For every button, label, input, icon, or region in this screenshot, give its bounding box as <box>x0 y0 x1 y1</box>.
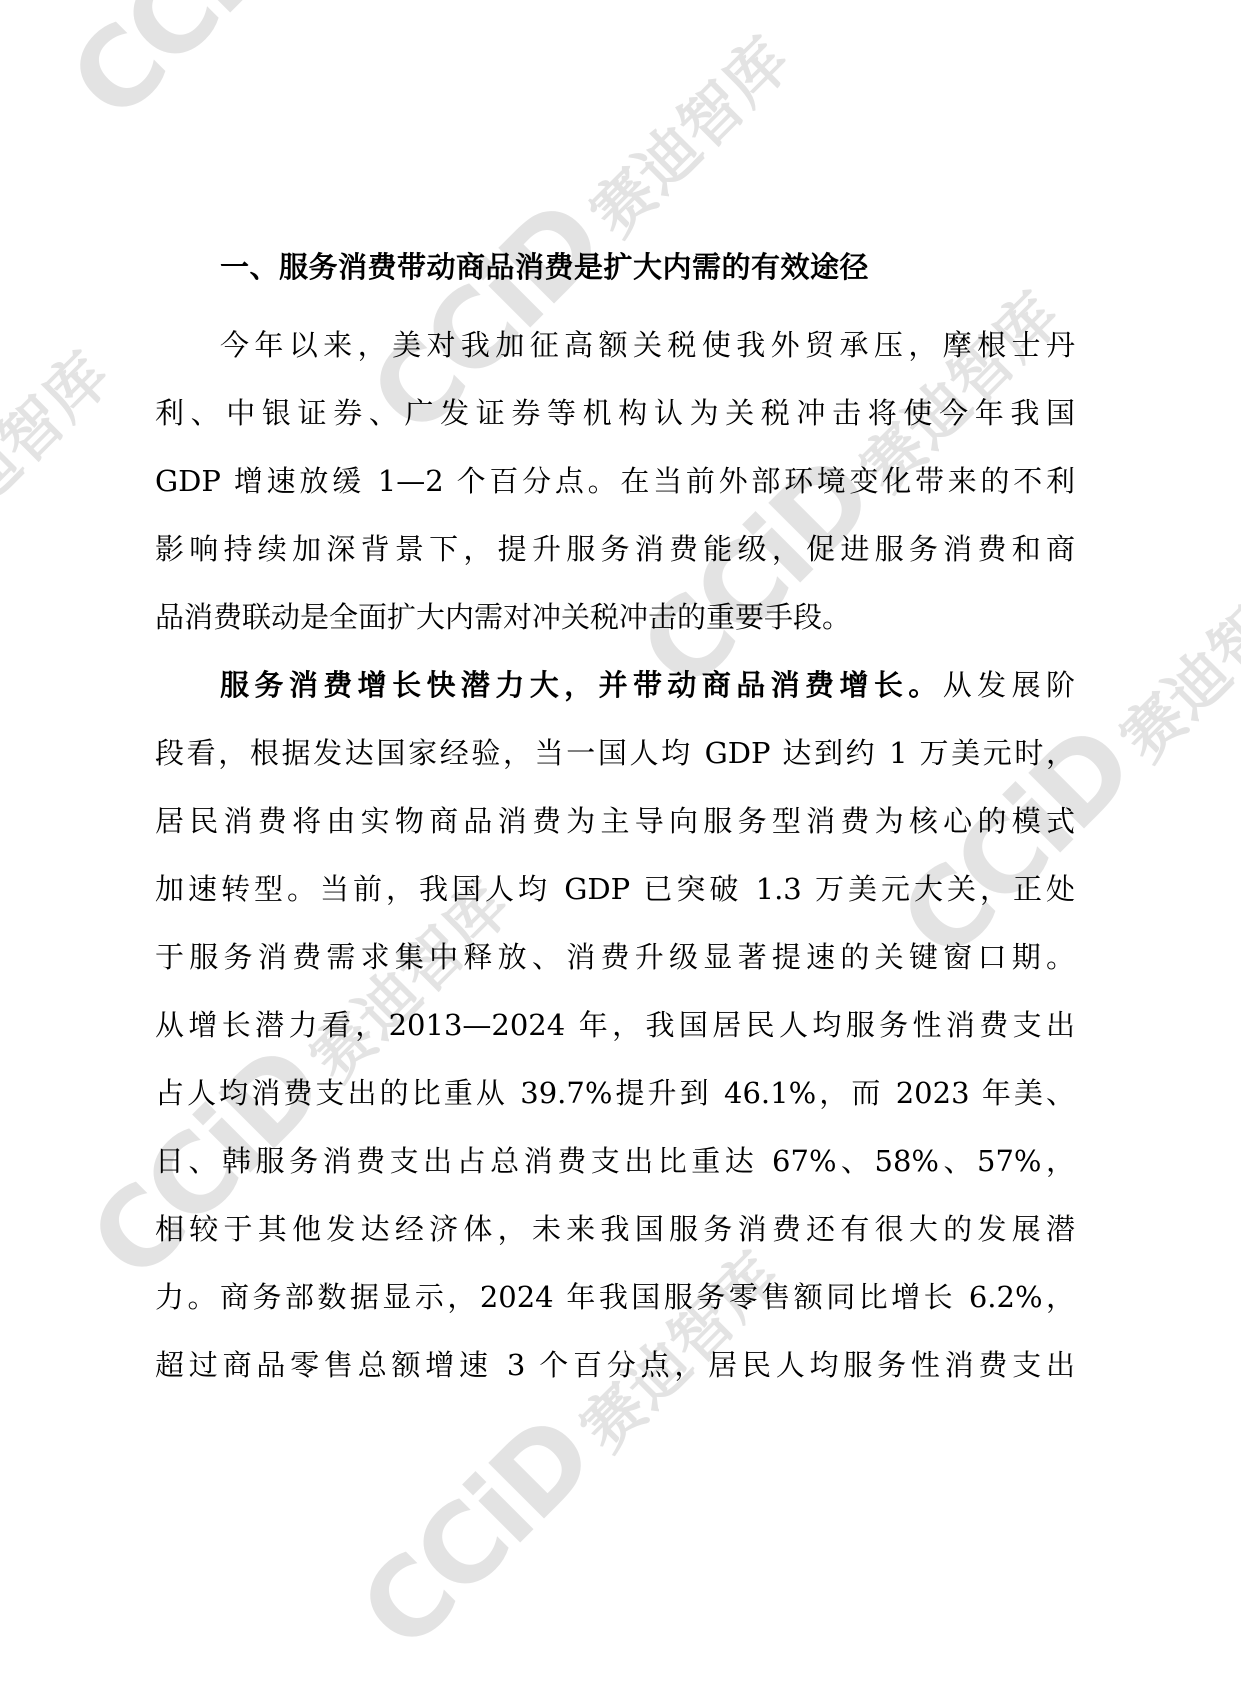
watermark-ccid-logo-icon: CCiD赛迪智库 <box>0 316 126 768</box>
text-line: 力。商务部数据显示，2024 年我国服务零售额同比增长 6.2%， <box>155 1279 1075 1315</box>
text-line: 占人均消费支出的比重从 39.7%提升到 46.1%，而 2023 年美、 <box>155 1075 1075 1111</box>
text-line: 段看，根据发达国家经验，当一国人均 GDP 达到约 1 万美元时， <box>155 735 1075 771</box>
text-line: 利、中银证券、广发证券等机构认为关税冲击将使今年我国 <box>155 395 1075 431</box>
lead-continuation: 从发展阶 <box>943 668 1075 702</box>
text-line: 居民消费将由实物商品消费为主导向服务型消费为核心的模式 <box>155 803 1075 839</box>
text-line: 于服务消费需求集中释放、消费升级显著提速的关键窗口期。 <box>155 939 1075 975</box>
text-line: 相较于其他发达经济体，未来我国服务消费还有很大的发展潜 <box>155 1211 1075 1247</box>
text-line: 日、韩服务消费支出占总消费支出比重达 67%、58%、57%， <box>155 1143 1075 1179</box>
text-line: 影响持续加深背景下，提升服务消费能级，促进服务消费和商 <box>155 531 1075 567</box>
watermark-ccid-logo-icon: CCiD赛迪智库 <box>54 0 506 138</box>
text-line: 加速转型。当前，我国人均 GDP 已突破 1.3 万美元大关，正处 <box>155 871 1075 907</box>
section-heading: 一、服务消费带动商品消费是扩大内需的有效途径 <box>220 245 869 286</box>
text-line: 品消费联动是全面扩大内需对冲关税冲击的重要手段。 <box>155 599 1075 635</box>
text-line: 服务消费增长快潜力大，并带动商品消费增长。从发展阶 <box>220 667 1075 703</box>
bold-lead-sentence: 服务消费增长快潜力大，并带动商品消费增长。 <box>220 668 943 702</box>
text-line: GDP 增速放缓 1—2 个百分点。在当前外部环境变化带来的不利 <box>155 463 1075 499</box>
text-line: 超过商品零售总额增速 3 个百分点，居民人均服务性消费支出 <box>155 1347 1075 1383</box>
watermark-ccid-logo-icon: CCiD赛迪智库 <box>354 1 806 453</box>
text-line: 从增长潜力看，2013—2024 年，我国居民人均服务性消费支出 <box>155 1007 1075 1043</box>
text-line: 今年以来，美对我加征高额关税使我外贸承压，摩根士丹 <box>220 327 1075 363</box>
